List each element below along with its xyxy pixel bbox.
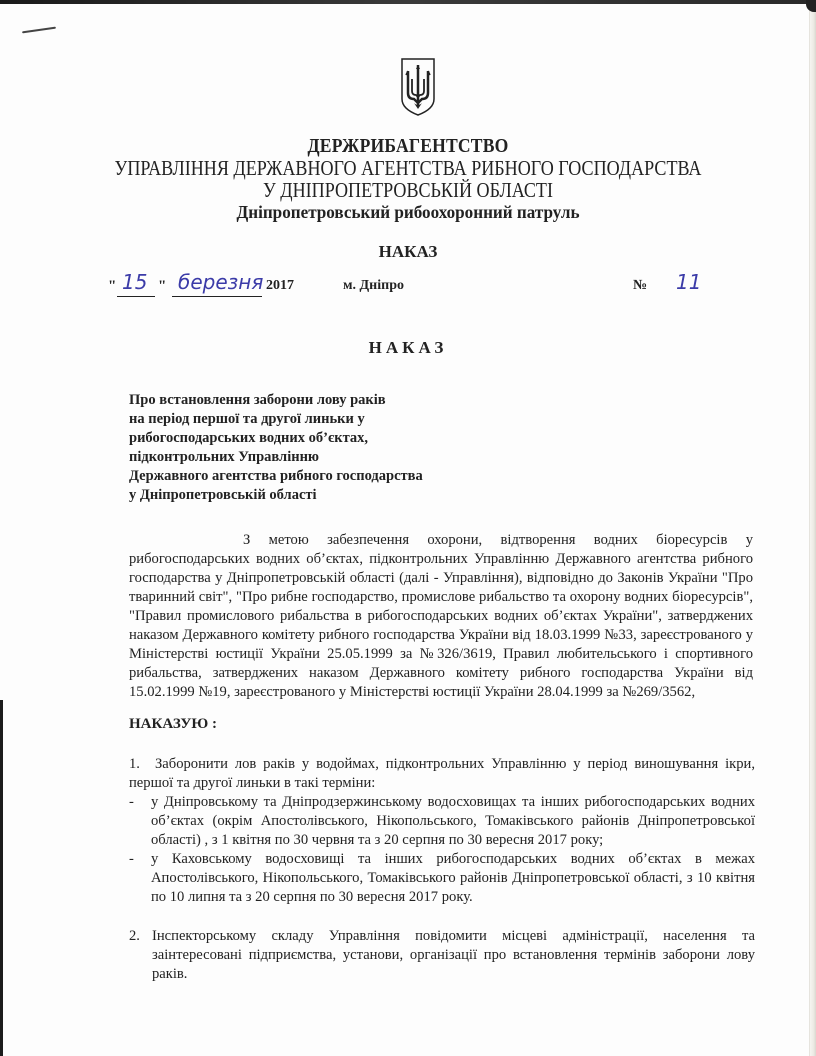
agency-name: ДЕРЖРИБАГЕНТСТВО [49,135,767,157]
scan-corner [806,0,816,12]
subject-line: Про встановлення заборони лову раків [129,391,489,410]
trident-emblem-icon [400,57,436,117]
quote-open: " [108,278,116,295]
order-subject: Про встановлення заборони лову раків на … [129,391,489,505]
month-underline [172,296,262,297]
sub-item: - у Дніпровському та Дніпродзержинському… [129,793,755,850]
order-item: 1. Заборонити лов раків у водоймах, підк… [129,755,755,793]
sub-item-text: у Каховському водосховищі та інших рибог… [129,850,755,907]
department-name: УПРАВЛІННЯ ДЕРЖАВНОГО АГЕНТСТВА РИБНОГО … [57,157,759,179]
subject-line: на період першої та другої линьки у [129,410,489,429]
subject-line: у Дніпропетровській області [129,486,489,505]
item-text: Заборонити лов раків у водоймах, підконт… [129,755,755,793]
order-day: 15 [122,270,147,294]
scan-left-edge [0,700,3,1056]
quote-close: " [158,278,166,295]
order-directive-heading: НАКАЗУЮ : [129,716,217,733]
scan-top-edge [0,0,816,4]
subject-line: рибогосподарських водних об’єктах, [129,429,489,448]
order-heading: НАКАЗ [0,338,816,358]
patrol-name: Дніпропетровський рибоохоронний патруль [20,201,795,223]
sub-item: - у Каховському водосховищі та інших риб… [129,850,755,907]
order-year: 2017 [266,278,294,294]
subject-line: Державного агентства рибного господарств… [129,467,489,486]
department-region: У ДНІПРОПЕТРОВСЬКІЙ ОБЛАСТІ [57,179,759,201]
day-underline [117,296,155,297]
order-title: НАКАЗ [0,242,816,262]
sub-item-marker: - [129,850,134,869]
item-number: 2. [129,927,140,946]
order-meta-row: " 15 " березня 2017 м. Дніпро № 11 [108,274,748,304]
sub-item-marker: - [129,793,134,812]
order-item: 2. Інспекторському складу Управління пов… [129,927,755,984]
letterhead: ДЕРЖРИБАГЕНТСТВО УПРАВЛІННЯ ДЕРЖАВНОГО А… [0,135,816,223]
order-number: 11 [676,270,701,294]
sub-item-text: у Дніпровському та Дніпродзержинському в… [129,793,755,850]
subject-line: підконтрольних Управлінню [129,448,489,467]
order-month: березня [178,270,263,294]
number-sign: № [633,278,647,294]
item-text: Інспекторському складу Управління повідо… [129,927,755,984]
preamble-paragraph: З метою забезпечення охорони, відтворенн… [129,531,753,702]
pen-mark [22,27,56,34]
item-number: 1. [129,755,140,774]
order-city: м. Дніпро [343,278,404,294]
